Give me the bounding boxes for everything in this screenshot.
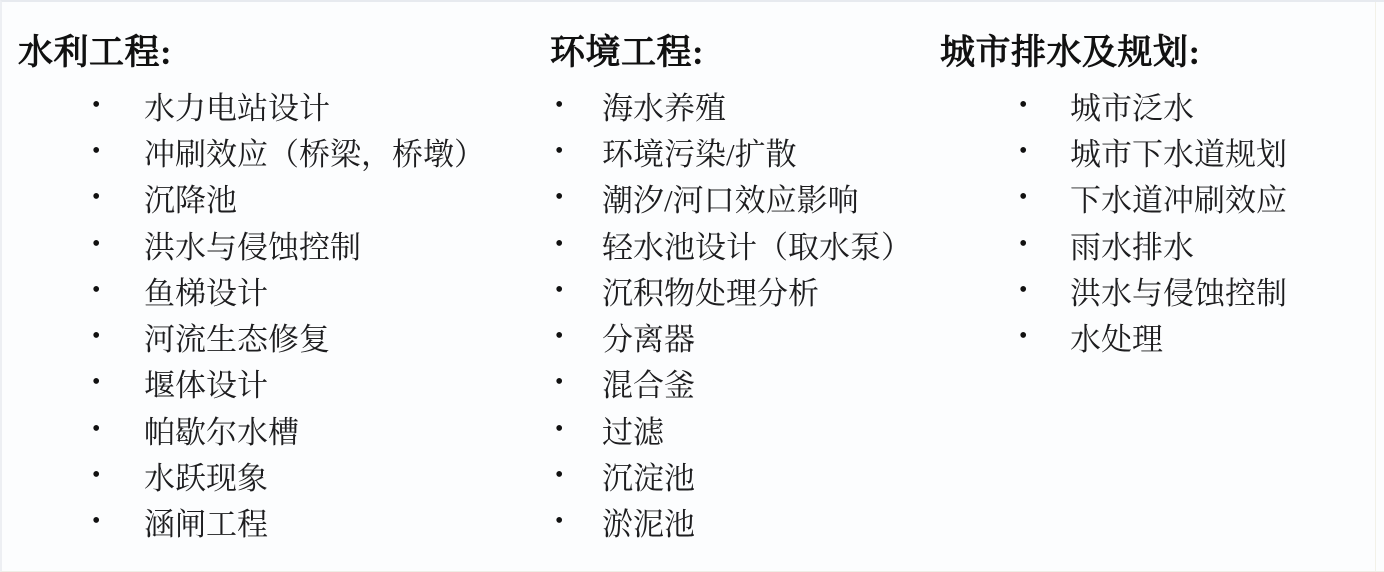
bullet-icon: • <box>92 92 144 119</box>
list-item: •过滤 <box>555 406 950 452</box>
item-label: 淤泥池 <box>602 499 695 544</box>
bullet-icon: • <box>555 277 602 304</box>
column-title-urban-drainage-planning: 城市排水及规划: <box>940 31 1360 75</box>
list-item: •洪水与侵蚀控制 <box>1019 267 1360 313</box>
column-title-hydraulic-engineering: 水利工程: <box>18 31 538 75</box>
bullet-icon: • <box>555 231 602 258</box>
item-label: 沉积物处理分析 <box>602 268 819 313</box>
item-label: 洪水与侵蚀控制 <box>1070 268 1287 313</box>
bullet-icon: • <box>555 508 602 535</box>
list-item: •堰体设计 <box>92 360 538 406</box>
list-item: •沉淀池 <box>555 452 950 498</box>
item-label: 轻水池设计（取水泵） <box>602 222 912 267</box>
bullet-icon: • <box>92 277 144 304</box>
list-item: •洪水与侵蚀控制 <box>92 221 538 267</box>
list-item: •水处理 <box>1019 313 1360 359</box>
bullet-icon: • <box>1019 231 1070 258</box>
item-label: 沉淀池 <box>602 453 695 498</box>
item-label: 雨水排水 <box>1070 222 1194 267</box>
list-item: •淤泥池 <box>555 499 950 545</box>
list-item: •沉积物处理分析 <box>555 267 950 313</box>
bullet-icon: • <box>1019 138 1070 165</box>
bullet-icon: • <box>1019 323 1070 350</box>
list-item: •帕歇尔水槽 <box>92 406 538 452</box>
item-label: 下水道冲刷效应 <box>1070 175 1287 220</box>
list-item: •环境污染/扩散 <box>555 128 950 174</box>
item-label: 分离器 <box>602 314 695 359</box>
item-label: 海水养殖 <box>602 83 726 128</box>
item-list-urban-drainage-planning: •城市泛水•城市下水道规划•下水道冲刷效应•雨水排水•洪水与侵蚀控制•水处理 <box>940 82 1360 360</box>
column-hydraulic-engineering: 水利工程: •水力电站设计•冲刷效应（桥梁，桥墩）•沉降池•洪水与侵蚀控制•鱼梯… <box>18 2 538 545</box>
item-label: 城市泛水 <box>1070 83 1194 128</box>
item-label: 洪水与侵蚀控制 <box>144 222 361 267</box>
list-item: •分离器 <box>555 313 950 359</box>
bullet-icon: • <box>555 138 602 165</box>
item-label: 水力电站设计 <box>144 83 330 128</box>
list-item: •河流生态修复 <box>92 313 538 359</box>
item-label: 水处理 <box>1070 314 1163 359</box>
bullet-icon: • <box>92 323 144 350</box>
bullet-icon: • <box>555 92 602 119</box>
bullet-icon: • <box>92 462 144 489</box>
item-label: 混合釜 <box>602 360 695 405</box>
bullet-icon: • <box>1019 184 1070 211</box>
bullet-icon: • <box>92 138 144 165</box>
bullet-icon: • <box>1019 92 1070 119</box>
list-item: •混合釜 <box>555 360 950 406</box>
bullet-icon: • <box>555 323 602 350</box>
item-list-hydraulic-engineering: •水力电站设计•冲刷效应（桥梁，桥墩）•沉降池•洪水与侵蚀控制•鱼梯设计•河流生… <box>18 82 538 545</box>
item-label: 鱼梯设计 <box>144 268 268 313</box>
column-title-environmental-engineering: 环境工程: <box>550 31 950 75</box>
list-item: •水力电站设计 <box>92 82 538 128</box>
bullet-icon: • <box>555 369 602 396</box>
list-item: •冲刷效应（桥梁，桥墩） <box>92 128 538 174</box>
item-label: 潮汐/河口效应影响 <box>602 175 859 220</box>
bullet-icon: • <box>92 508 144 535</box>
item-label: 水跃现象 <box>144 453 268 498</box>
item-label: 城市下水道规划 <box>1070 129 1287 174</box>
column-environmental-engineering: 环境工程: •海水养殖•环境污染/扩散•潮汐/河口效应影响•轻水池设计（取水泵）… <box>550 2 950 545</box>
item-label: 冲刷效应（桥梁，桥墩） <box>144 129 485 174</box>
list-item: •城市下水道规划 <box>1019 128 1360 174</box>
bullet-icon: • <box>92 416 144 443</box>
item-label: 沉降池 <box>144 175 237 220</box>
slide-frame: 水利工程: •水力电站设计•冲刷效应（桥梁，桥墩）•沉降池•洪水与侵蚀控制•鱼梯… <box>0 0 1384 572</box>
list-item: •鱼梯设计 <box>92 267 538 313</box>
list-item: •下水道冲刷效应 <box>1019 175 1360 221</box>
column-urban-drainage-planning: 城市排水及规划: •城市泛水•城市下水道规划•下水道冲刷效应•雨水排水•洪水与侵… <box>940 2 1360 360</box>
item-label: 环境污染/扩散 <box>602 129 797 174</box>
list-item: •涵闸工程 <box>92 499 538 545</box>
list-item: •潮汐/河口效应影响 <box>555 175 950 221</box>
list-item: •水跃现象 <box>92 452 538 498</box>
item-list-environmental-engineering: •海水养殖•环境污染/扩散•潮汐/河口效应影响•轻水池设计（取水泵）•沉积物处理… <box>550 82 950 545</box>
bullet-icon: • <box>555 462 602 489</box>
item-label: 河流生态修复 <box>144 314 330 359</box>
list-item: •轻水池设计（取水泵） <box>555 221 950 267</box>
bullet-icon: • <box>1019 277 1070 304</box>
bullet-icon: • <box>92 231 144 258</box>
item-label: 过滤 <box>602 407 664 452</box>
list-item: •沉降池 <box>92 175 538 221</box>
bullet-icon: • <box>555 184 602 211</box>
list-item: •雨水排水 <box>1019 221 1360 267</box>
item-label: 帕歇尔水槽 <box>144 407 299 452</box>
bullet-icon: • <box>92 369 144 396</box>
bullet-icon: • <box>92 184 144 211</box>
item-label: 堰体设计 <box>144 360 268 405</box>
item-label: 涵闸工程 <box>144 499 268 544</box>
list-item: •城市泛水 <box>1019 82 1360 128</box>
bullet-icon: • <box>555 416 602 443</box>
list-item: •海水养殖 <box>555 82 950 128</box>
